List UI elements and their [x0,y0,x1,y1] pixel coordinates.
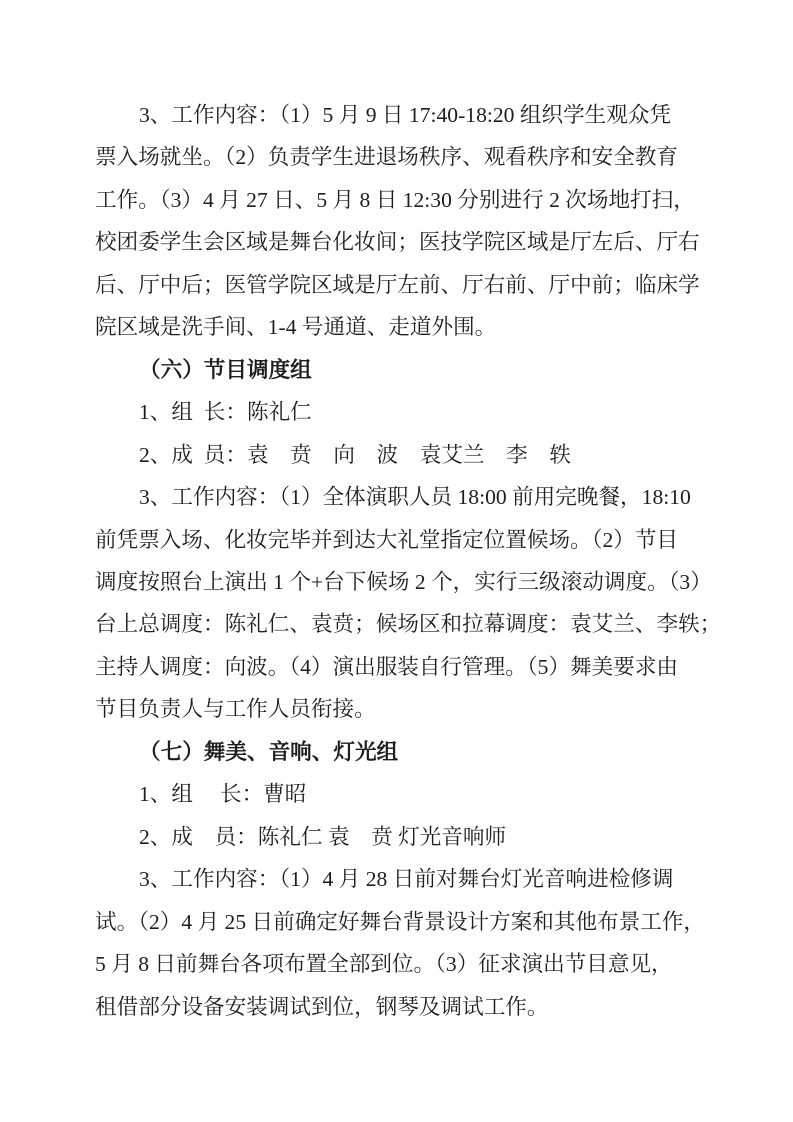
text-line: 节目负责人与工作人员衔接。 [95,688,703,730]
text-line: 主持人调度：向波。（4）演出服装自行管理。（5）舞美要求由 [95,646,703,688]
text-line: 租借部分设备安装调试到位，钢琴及调试工作。 [95,986,703,1028]
section-heading: （七）舞美、音响、灯光组 [95,731,703,773]
text-line: 前凭票入场、化妆完毕并到达大礼堂指定位置候场。（2）节目 [95,519,703,561]
text-line: 工作。（3）4 月 27 日、5 月 8 日 12:30 分别进行 2 次场地打… [95,179,703,221]
text-line: 2、成 员：袁 贲 向 波 袁艾兰 李 轶 [95,434,703,476]
text-line: 3、工作内容：（1）4 月 28 日前对舞台灯光音响进检修调 [95,858,703,900]
text-line: 试。（2）4 月 25 日前确定好舞台背景设计方案和其他布景工作， [95,901,703,943]
text-line: 1、组 长：陈礼仁 [95,391,703,433]
text-line: 台上总调度：陈礼仁、袁贲；候场区和拉幕调度：袁艾兰、李轶； [95,603,703,645]
text-line: 5 月 8 日前舞台各项布置全部到位。（3）征求演出节目意见， [95,943,703,985]
text-line: 3、工作内容：（1）5 月 9 日 17:40-18:20 组织学生观众凭 [95,94,703,136]
text-line: 1、组 长：曹昭 [95,773,703,815]
text-line: 调度按照台上演出 1 个+台下候场 2 个，实行三级滚动调度。（3） [95,561,703,603]
text-line: 院区域是洗手间、1-4 号通道、走道外围。 [95,306,703,348]
text-line: 票入场就坐。（2）负责学生进退场秩序、观看秩序和安全教育 [95,136,703,178]
document-content: 3、工作内容：（1）5 月 9 日 17:40-18:20 组织学生观众凭票入场… [95,94,703,1028]
text-line: 3、工作内容：（1）全体演职人员 18:00 前用完晚餐，18:10 [95,476,703,518]
document-page: 3、工作内容：（1）5 月 9 日 17:40-18:20 组织学生观众凭票入场… [0,0,793,1122]
text-line: 2、成 员：陈礼仁 袁 贲 灯光音响师 [95,816,703,858]
text-line: 后、厅中后；医管学院区域是厅左前、厅右前、厅中前；临床学 [95,264,703,306]
text-line: 校团委学生会区域是舞台化妆间；医技学院区域是厅左后、厅右 [95,221,703,263]
section-heading: （六）节目调度组 [95,349,703,391]
